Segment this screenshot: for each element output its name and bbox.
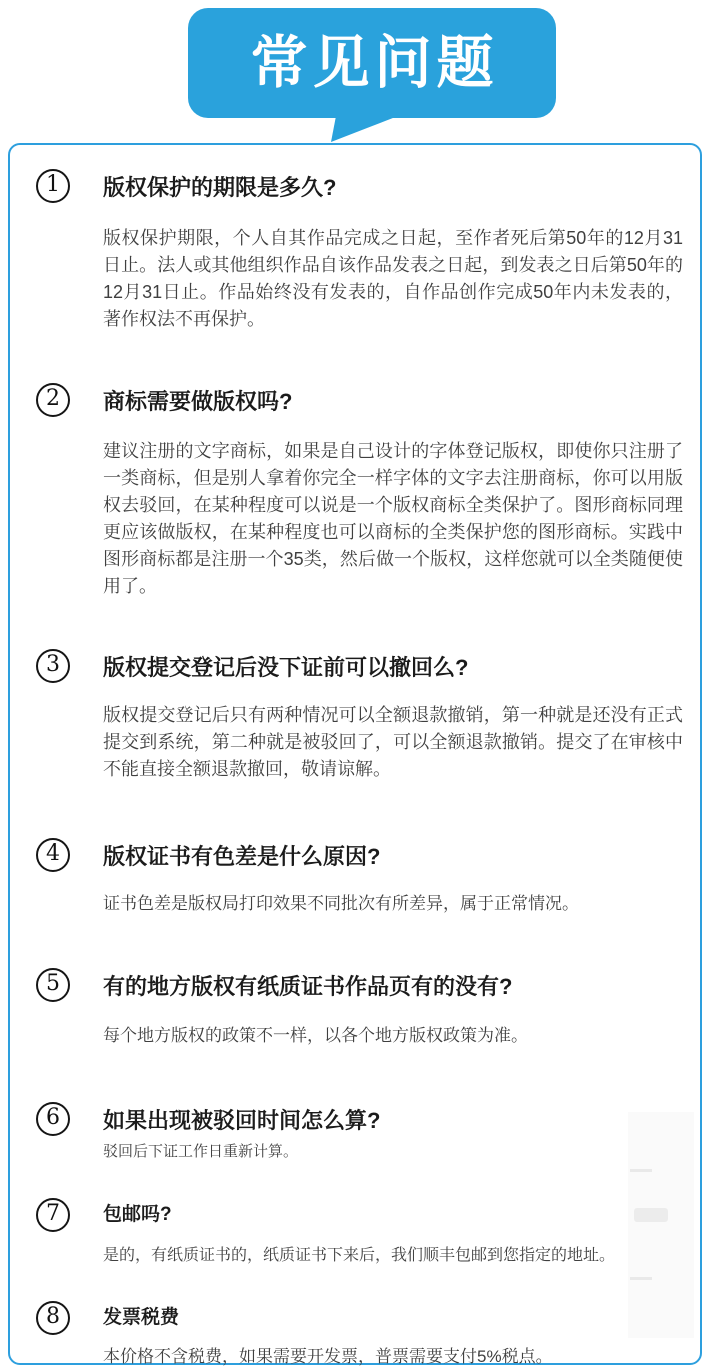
question-number: 8 [46,1306,60,1328]
question-number-badge: 4 [36,838,70,872]
question-number: 3 [46,654,60,676]
question-answer: 本价格不含税费，如果需要开发票，普票需要支付5%税点。 [103,1343,683,1370]
faq-item: 4 版权证书有色差是什么原因? 证书色差是版权局打印效果不同批次有所差异，属于正… [10,842,700,917]
question-answer: 版权保护期限，个人自其作品完成之日起，至作者死后第50年的12月31日止。法人或… [103,225,683,333]
faq-item: 3 版权提交登记后没下证前可以撤回么? 版权提交登记后只有两种情况可以全额退款撤… [10,653,700,783]
question-number-badge: 6 [36,1102,70,1136]
question-number: 5 [46,973,60,995]
question-title: 版权提交登记后没下证前可以撤回么? [103,653,660,683]
question-number: 7 [46,1203,60,1225]
speech-bubble-tail [326,116,402,144]
question-answer: 版权提交登记后只有两种情况可以全额退款撤销，第一种就是还没有正式提交到系统，第二… [103,702,683,783]
watermark-dash [630,1169,652,1172]
faq-item: 5 有的地方版权有纸质证书作品页有的没有? 每个地方版权的政策不一样，以各个地方… [10,972,700,1049]
page-title: 常见问题 [246,8,499,118]
faq-header-bubble: 常见问题 [188,8,556,118]
faq-item: 2 商标需要做版权吗? 建议注册的文字商标，如果是自己设计的字体登记版权，即使你… [10,387,700,600]
question-title: 版权保护的期限是多久? [103,173,660,203]
watermark-dash [630,1277,652,1280]
question-title: 有的地方版权有纸质证书作品页有的没有? [103,972,660,1002]
question-title: 如果出现被驳回时间怎么算? [103,1106,660,1136]
question-title: 包邮吗? [103,1202,660,1228]
watermark-blob [634,1208,668,1222]
question-answer: 是的，有纸质证书的，纸质证书下来后，我们顺丰包邮到您指定的地址。 [103,1242,683,1269]
question-number-badge: 5 [36,968,70,1002]
question-answer: 证书色差是版权局打印效果不同批次有所差异，属于正常情况。 [103,890,683,917]
question-title: 商标需要做版权吗? [103,387,660,417]
question-title: 发票税费 [103,1305,660,1331]
faq-item: 1 版权保护的期限是多久? 版权保护期限，个人自其作品完成之日起，至作者死后第5… [10,173,700,333]
question-answer: 每个地方版权的政策不一样，以各个地方版权政策为准。 [103,1022,683,1049]
faq-panel: 1 版权保护的期限是多久? 版权保护期限，个人自其作品完成之日起，至作者死后第5… [8,143,702,1365]
question-number-badge: 3 [36,649,70,683]
question-number: 2 [46,388,60,410]
faq-item: 8 发票税费 本价格不含税费，如果需要开发票，普票需要支付5%税点。 [10,1305,700,1370]
question-title: 版权证书有色差是什么原因? [103,842,660,872]
question-number: 1 [46,174,60,196]
question-number: 6 [46,1107,60,1129]
question-number-badge: 2 [36,383,70,417]
faq-item: 7 包邮吗? 是的，有纸质证书的，纸质证书下来后，我们顺丰包邮到您指定的地址。 [10,1202,700,1269]
faq-item: 6 如果出现被驳回时间怎么算? 驳回后下证工作日重新计算。 [10,1106,700,1165]
question-number: 4 [46,843,60,865]
watermark-artifact [628,1112,694,1338]
question-number-badge: 1 [36,169,70,203]
question-number-badge: 7 [36,1198,70,1232]
question-answer: 驳回后下证工作日重新计算。 [103,1138,683,1165]
question-answer: 建议注册的文字商标，如果是自己设计的字体登记版权，即使你只注册了一类商标，但是别… [103,438,683,600]
question-number-badge: 8 [36,1301,70,1335]
faq-page: 常见问题 1 版权保护的期限是多久? 版权保护期限，个人自其作品完成之日起，至作… [0,0,720,1372]
